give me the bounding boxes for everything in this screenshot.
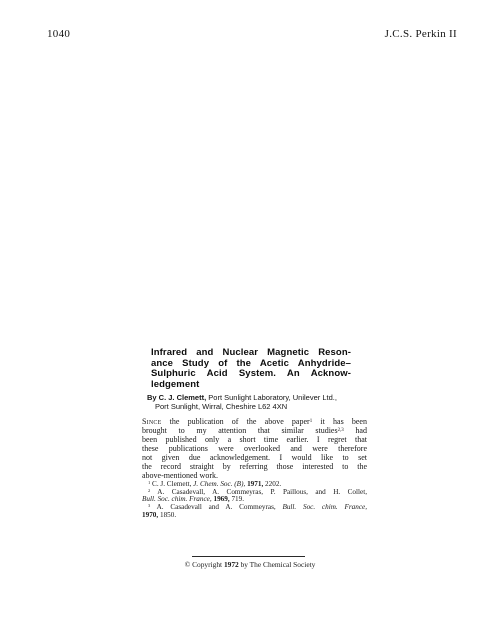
footnote-journal: J. Chem. Soc. (B), [193,480,245,488]
footnote-year: 1970, [142,511,158,519]
body-text: it has been [312,417,367,426]
footnote-year: 1971, [245,480,263,488]
footnote-text: A. Casadevall and A. Commeyras, [150,503,282,511]
body-text: the publication of the above paper [161,417,309,426]
footnote-journal: Bull. Soc. chim. France, [142,495,212,503]
body-paragraph: Since the publication of the above paper… [142,417,367,480]
copyright-divider [192,556,305,557]
footnote-text: 1850. [158,511,176,519]
byline-line: Port Sunlight, Wirral, Cheshire L62 4XN [155,403,365,412]
footnote-marker: 1 [148,480,150,485]
article-title: Infrared and Nuclear Magnetic Reson- anc… [151,348,351,390]
footnote-marker: 2 [148,488,150,493]
title-line: ledgement [151,380,351,391]
body-line: Since the publication of the above paper… [142,417,367,426]
footnote-3-continued: 1970, 1850. [142,512,367,520]
title-line: Infrared and Nuclear Magnetic Reson- [151,348,351,359]
footnote-text: A. Casadevall, A. Commeyras, P. Paillous… [150,488,367,496]
body-line: these publications were overlooked and w… [142,444,367,453]
body-line: been published only a short time earlier… [142,435,367,444]
body-line: brought to my attention that similar stu… [142,426,367,435]
body-text: had [344,426,367,435]
body-line: the record straight by referring those i… [142,462,367,471]
footnote-year: 1969, [212,495,230,503]
footnote-text: 2202. [263,480,281,488]
reference-marker: 1 [310,419,312,424]
body-text: Since [142,417,161,426]
journal-running-head: J.C.S. Perkin II [385,28,457,40]
journal-page: 1040 J.C.S. Perkin II Infrared and Nucle… [0,0,500,617]
footnote-text: 719. [230,495,244,503]
body-text: brought to my attention that similar stu… [142,426,338,435]
footnote-text: C. J. Clemett, [150,480,193,488]
copyright-text: Copyright [190,560,224,569]
byline: By C. J. Clemett, Port Sunlight Laborato… [147,394,365,411]
footnotes: 1 C. J. Clemett, J. Chem. Soc. (B), 1971… [142,481,367,520]
reference-marker: 2,3 [338,428,344,433]
copyright-year: 1972 [224,560,239,569]
article-column: Infrared and Nuclear Magnetic Reson- anc… [142,348,367,520]
footnote-journal: Bull. Soc. chim. France, [282,503,367,511]
footnote-marker: 3 [148,503,150,508]
body-line: not given due acknowledgement. I would l… [142,453,367,462]
page-number: 1040 [47,28,70,40]
copyright-line: © Copyright 1972 by The Chemical Society [170,560,330,569]
copyright-text: by The Chemical Society [239,560,316,569]
